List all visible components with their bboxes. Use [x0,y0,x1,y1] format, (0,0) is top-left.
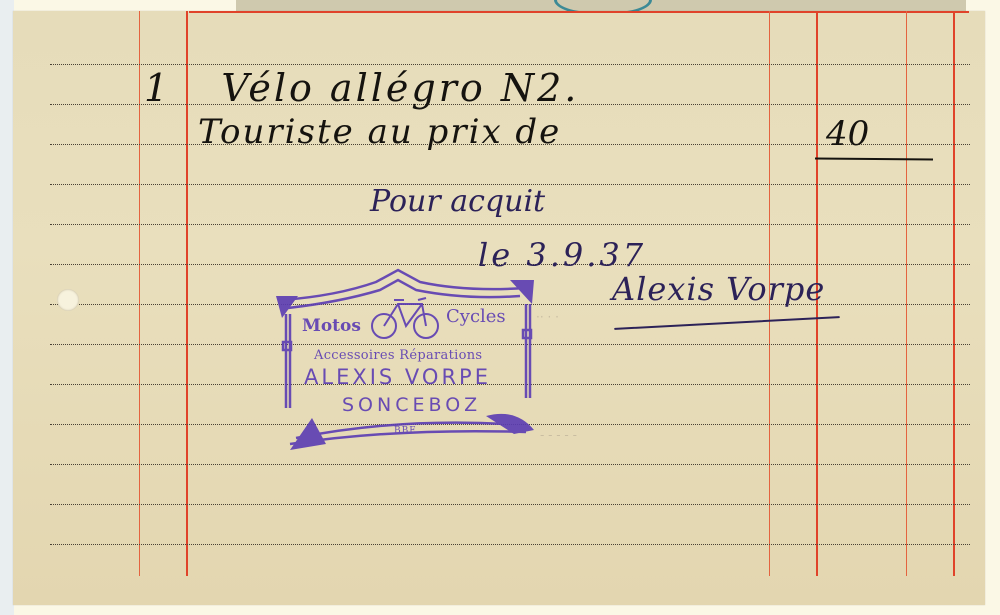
item-description-line1: Vélo allégro N2. [221,66,579,110]
column-line-4 [953,11,955,576]
dotted-rule [50,544,970,545]
dotted-rule [50,464,970,465]
dotted-rule [50,504,970,505]
dotted-rule [50,224,970,225]
receipt-note: Pour acquit [370,184,545,219]
stamp-business-name: ALEXIS VORPE [304,365,491,389]
scan-background [0,0,14,615]
dotted-rule [50,64,970,65]
faint-offset-mark: ·· · · [536,310,559,324]
top-red-rule [189,11,969,13]
item-quantity: 1 [144,66,171,110]
margin-line-qty-left [139,11,140,576]
stamp-town: SONCEBOZ [342,394,481,416]
stamp-services: Accessoires Réparations [314,348,482,363]
punch-hole [57,289,79,311]
stamp-motos: Motos [302,316,361,336]
business-rubber-stamp: Motos Cycles Accessoires Réparations ALE… [276,268,538,452]
stamp-small-text: BBE [394,426,417,436]
item-amount: 40 [826,114,869,154]
item-line-1: 1 Vélo allégro N2. [144,66,579,110]
item-description-line2: Touriste au prix de [198,112,561,152]
faint-offset-mark: - - - - - [540,428,577,442]
stamp-cycles: Cycles [446,306,506,327]
column-line-3 [906,11,907,576]
signature: Alexis Vorpe [612,270,825,308]
